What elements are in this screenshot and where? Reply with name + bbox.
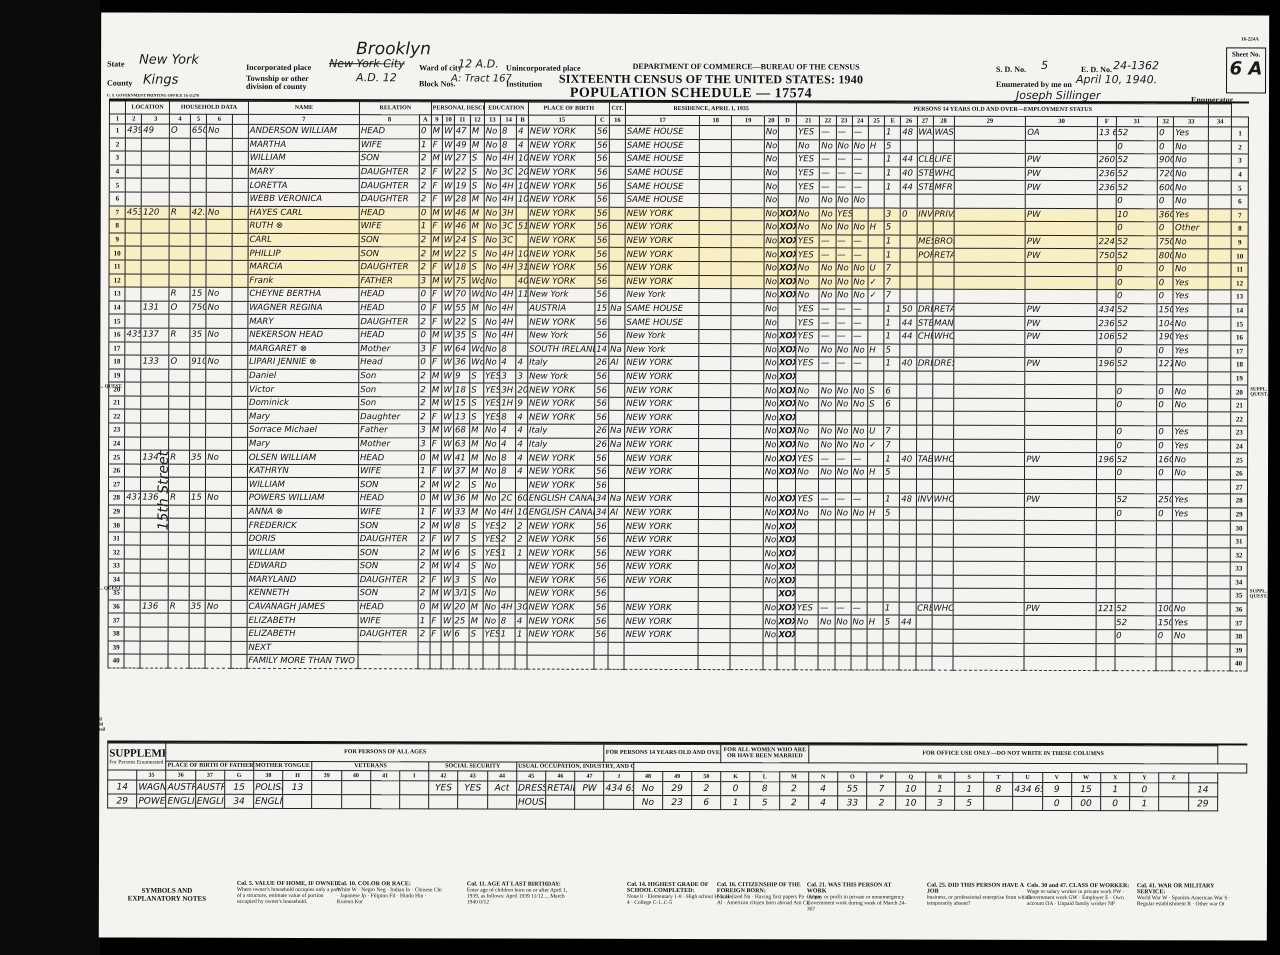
supp-over14: FOR PERSONS 14 YEARS OLD AND OVER (604, 744, 721, 762)
cell-sex: M (430, 546, 442, 560)
cell-empty (954, 140, 1026, 154)
cell-gr: 4H (499, 506, 515, 520)
cell-cc: 56 (595, 384, 609, 398)
supp-cell: 15 (224, 780, 253, 794)
cell-cw (1025, 412, 1097, 426)
cell-ln: 16 (109, 328, 125, 342)
cell-empty (698, 656, 730, 670)
supp-cell: 10 (896, 782, 925, 796)
column-number: 5 (190, 114, 206, 124)
cell-age: 33 (453, 506, 469, 520)
cell-cc: 56 (595, 139, 609, 153)
cell-empty (232, 192, 248, 206)
cell-cc: 56 (594, 574, 608, 588)
cell-cw (1025, 575, 1097, 589)
cell-empty (954, 153, 1026, 167)
column-number: 25 (868, 116, 884, 126)
supp-cell: 1 (1130, 797, 1159, 811)
cell-act: ✓ (868, 276, 884, 290)
cell-race: W (441, 587, 453, 601)
cell-empty (731, 615, 763, 629)
cell-act (867, 629, 883, 643)
note-block: Cols. 30 and 47. CLASS OF WORKER:Wage or… (1027, 883, 1132, 907)
cell-cit (608, 479, 624, 493)
cell-rel: SON (358, 546, 418, 560)
cell-p (819, 411, 835, 425)
cell-ms: S (470, 261, 484, 275)
cell-occ (916, 344, 932, 358)
cell-bc: 10 (516, 193, 528, 207)
cell-rel: Daughter (359, 410, 419, 424)
cell-res: SAME HOUSE (625, 193, 699, 207)
cell-e: 3 (884, 208, 900, 222)
note-block: SYMBOLS AND EXPLANATORY NOTES (117, 881, 217, 903)
cell-ln: 30 (1231, 521, 1248, 535)
cell-farm (206, 151, 231, 165)
cell-f (1097, 466, 1116, 480)
cell-empty (1207, 562, 1230, 576)
cell-cit (609, 248, 625, 262)
cell-val (189, 614, 205, 628)
supp-column-number: 47 (575, 771, 604, 781)
cell-age: 36 (454, 356, 470, 370)
supp-cell: YES (458, 781, 487, 795)
cell-rel: Son (359, 369, 419, 383)
cell-hn (125, 505, 141, 519)
cell-rel: HEAD (359, 329, 419, 343)
sd-value: 5 (1041, 59, 1048, 72)
cell-race: W (441, 601, 453, 615)
cell-wk: 0 (1116, 222, 1158, 236)
cell-empty (1209, 127, 1232, 141)
cell-rel: HEAD (358, 492, 418, 506)
cell-p: No (820, 207, 836, 221)
cell-val (189, 505, 205, 519)
cell-rel: HEAD (359, 206, 419, 220)
cell-occ (917, 262, 933, 276)
cell-val (189, 586, 205, 600)
cell-code: 2 (419, 247, 431, 261)
cell-bc (515, 655, 527, 669)
cell-cc: 56 (594, 615, 608, 629)
cell-own (169, 192, 190, 206)
supp-cell: ENGLISH CANADA (195, 794, 224, 808)
cell-bp: NEW YORK (528, 315, 595, 329)
cell-p: — (820, 167, 836, 181)
cell-e: 1 (885, 126, 901, 140)
cell-farm (206, 315, 231, 329)
cell-val (189, 641, 205, 655)
cell-race (441, 641, 453, 655)
cell-bc (516, 207, 528, 221)
cell-wk: 52 (1115, 494, 1157, 508)
cell-inc (1157, 412, 1173, 426)
cell-bc (515, 574, 527, 588)
cell-cc: 56 (595, 193, 609, 207)
supp-row: 29POWERS ANNAENGLISH CANADAENGLISH CANAD… (108, 794, 1247, 811)
cell-rel: DAUGHTER (359, 179, 419, 193)
cell-res: NEW YORK (624, 506, 698, 520)
cell-empty (953, 344, 1025, 358)
cell-oth: Yes (1173, 439, 1208, 453)
column-number: D (778, 116, 797, 126)
cell-cc: 56 (595, 288, 609, 302)
cell-ind (932, 588, 953, 602)
cell-res: NEW YORK (624, 560, 698, 574)
cell-gr: 4H (500, 247, 516, 261)
cell-empty (732, 207, 764, 221)
cell-ms: S (469, 628, 483, 642)
cell-race: W (442, 342, 454, 356)
cell-race: W (442, 492, 454, 506)
state-label: State (107, 59, 124, 68)
cell-f (1096, 643, 1115, 657)
supp-column-number: U (1013, 772, 1042, 782)
cell-hn (125, 369, 141, 383)
cell-h (851, 575, 867, 589)
cell-ln: 39 (108, 641, 124, 655)
cell-rel: DAUGHTER (359, 193, 419, 207)
cell-age: 68 (453, 424, 469, 438)
cell-rel: HEAD (359, 125, 419, 139)
cell-ln: 31 (1231, 535, 1248, 549)
cell-h: — (852, 330, 868, 344)
cell-occ (916, 480, 932, 494)
cell-f (1097, 222, 1116, 236)
cell-empty (953, 548, 1025, 562)
cell-sch: YES (484, 383, 500, 397)
cell-f (1096, 521, 1115, 535)
cell-xo: XOXO (777, 534, 796, 548)
supp-column-number: G (225, 770, 254, 780)
cell-cit (609, 275, 625, 289)
cell-farm35: No (763, 466, 777, 480)
cell-no (141, 314, 169, 328)
cell-hn (125, 423, 141, 437)
cell-s: No (835, 343, 851, 357)
cell-code: 2 (418, 573, 430, 587)
cell-f: 106 17 1 (1097, 330, 1116, 344)
cell-hrs (900, 221, 916, 235)
cell-sch: No (483, 465, 499, 479)
cell-empty (954, 289, 1026, 303)
cell-h (851, 479, 867, 493)
cell-empty (731, 479, 763, 493)
cell-inc: 1500 (1157, 303, 1173, 317)
cell-h: — (852, 235, 868, 249)
cell-ln: 20 (1231, 385, 1248, 399)
column-number: 24 (852, 116, 868, 126)
cell-code: 3 (419, 437, 431, 451)
cell-empty (731, 642, 763, 656)
ward-label: Ward of city (419, 63, 462, 72)
cell-occ: TABLET COMPRESSOR (916, 452, 932, 466)
cell-bc: 10 (516, 506, 528, 520)
cell-occ: CREDIT & COLLECTION (916, 602, 932, 616)
cell-farm (206, 219, 231, 233)
cell-occ (916, 520, 932, 534)
cell-race: W (442, 505, 454, 519)
cell-empty (699, 397, 731, 411)
cell-empty (1208, 467, 1231, 481)
cell-occ: STENOGRAPHER (916, 316, 932, 330)
cell-inc (1156, 657, 1172, 671)
cell-empty (732, 153, 764, 167)
cell-cit (609, 288, 625, 302)
cell-empty (232, 301, 248, 315)
cell-ln: 22 (1231, 412, 1248, 426)
cell-bc: 4 (516, 356, 528, 370)
cell-ln: 25 (1231, 453, 1248, 467)
cell-act (868, 194, 884, 208)
cell-sch: No (484, 342, 500, 356)
supp-cell: POLISH / GERMAN (254, 780, 283, 794)
cell-sex: M (431, 234, 443, 248)
cell-cc: 56 (594, 519, 608, 533)
cell-ln: 36 (1230, 603, 1247, 617)
cell-farm35: No (763, 438, 777, 452)
cell-sex: F (430, 533, 442, 547)
cell-w (796, 479, 819, 493)
cell-ln: 5 (109, 178, 125, 192)
printing-office: U. S. GOVERNMENT PRINTING OFFICE 16-1127… (107, 92, 199, 97)
cell-bp (527, 655, 594, 669)
cell-ind: RETAIL DRESSES (933, 303, 954, 317)
note-block: Col. 11. AGE AT LAST BIRTHDAY:Enter age … (467, 881, 572, 905)
cell-rel: SON (359, 152, 419, 166)
cell-occ (916, 384, 932, 398)
cell-farm35 (763, 588, 777, 602)
cell-xo (778, 126, 797, 140)
supp-women: FOR ALL WOMEN WHO ARE OR HAVE BEEN MARRI… (721, 745, 809, 763)
cell-res: NEW YORK (625, 397, 699, 411)
cell-e: 7 (884, 262, 900, 276)
cell-h: — (851, 452, 867, 466)
cell-cw (1025, 398, 1097, 412)
cell-act: ✓ (868, 289, 884, 303)
cell-rel: SON (358, 519, 418, 533)
cell-sex: F (431, 302, 443, 316)
cell-no (141, 382, 169, 396)
cell-bp: NEW YORK (528, 207, 595, 221)
cell-code: 0 (419, 288, 431, 302)
cell-inc (1157, 521, 1173, 535)
cell-code: 3 (419, 274, 431, 288)
cell-ms: M (470, 424, 484, 438)
cell-s: No (835, 615, 851, 629)
note-title: Col. 41. WAR OR MILITARY SERVICE: (1137, 883, 1242, 895)
cell-p: No (819, 439, 835, 453)
cell-occ: CLERK (917, 153, 933, 167)
cell-empty (231, 641, 247, 655)
cell-bp: NEW YORK (527, 587, 594, 601)
cell-oth: No (1173, 358, 1208, 372)
cell-wk (1115, 534, 1157, 548)
cell-ln: 22 (109, 409, 125, 423)
scan-margin (0, 0, 100, 955)
cell-ind (932, 466, 953, 480)
cell-farm (206, 233, 231, 247)
cell-farm35: No (764, 234, 778, 248)
supp-column-number: R (925, 772, 954, 782)
supp-mother-tongue: MOTHER TONGUE (OR NATIVE LANGUAGE) (254, 761, 312, 771)
supp-cell: 8 (984, 782, 1013, 796)
column-number: 18 (700, 116, 732, 126)
cell-no (141, 532, 169, 546)
cell-farm35: No (764, 153, 778, 167)
cell-ms: S (470, 397, 484, 411)
cell-empty (1208, 535, 1231, 549)
cell-oth: Yes (1173, 494, 1208, 508)
cell-val (190, 219, 206, 233)
cell-sch: No (484, 220, 500, 234)
cell-ln: 14 (109, 301, 125, 315)
cell-empty (1208, 412, 1231, 426)
cell-empty (954, 126, 1026, 140)
cell-age: 3/12 (453, 587, 469, 601)
cell-code: 0 (419, 302, 431, 316)
cell-own: R (169, 287, 190, 301)
cell-e: 1 (884, 493, 900, 507)
cell-bp: NEW YORK (528, 247, 595, 261)
cell-oth (1173, 371, 1208, 385)
cell-race: W (443, 152, 455, 166)
cell-no: 136 (141, 600, 169, 614)
cell-bp: NEW YORK (528, 261, 595, 275)
note-title: Col. 21. WAS THIS PERSON AT WORK (807, 882, 912, 894)
cell-race (441, 655, 453, 669)
cell-race: W (442, 438, 454, 452)
cell-sex: F (431, 193, 443, 207)
cell-code: 2 (419, 179, 431, 193)
cell-empty (232, 219, 248, 233)
cell-empty (699, 261, 731, 275)
cell-sch: No (484, 302, 500, 316)
cell-name: DORIS (247, 532, 358, 546)
cell-empty (954, 276, 1026, 290)
cell-sex (430, 641, 442, 655)
cell-occ (916, 398, 932, 412)
cell-race: W (442, 206, 454, 220)
cell-sch: No (484, 424, 500, 438)
cell-e (884, 520, 900, 534)
cell-wk: 0 (1116, 290, 1158, 304)
supp-column-number: Y (1130, 773, 1159, 783)
cell-cc: 14 (595, 343, 609, 357)
cell-rel: DAUGHTER (358, 628, 418, 642)
cell-race: W (443, 125, 455, 139)
cell-val (190, 342, 206, 356)
cell-gr: 8 (500, 451, 516, 465)
cell-farm35: No (763, 493, 777, 507)
cell-own (169, 314, 190, 328)
cell-hrs (901, 194, 917, 208)
cell-occ (916, 289, 932, 303)
cell-s: — (836, 235, 852, 249)
cell-empty (698, 629, 730, 643)
cell-bp: New York (528, 329, 595, 343)
cell-inc: 0 (1157, 263, 1173, 277)
cell-gr: 8 (500, 410, 516, 424)
cell-inc (1157, 480, 1173, 494)
cell-bc: 11 (516, 288, 528, 302)
cell-hrs: 0 (901, 208, 917, 222)
cell-cit: Al (609, 356, 625, 370)
cell-f (1096, 630, 1115, 644)
cell-age: 28 (454, 193, 470, 207)
cell-ln: 13 (109, 287, 125, 301)
cell-s (835, 656, 851, 670)
cell-ln: 31 (108, 532, 124, 546)
cell-w: No (796, 207, 819, 221)
cell-no (141, 545, 169, 559)
cell-w: YES (797, 126, 820, 140)
cell-res: SAME HOUSE (625, 139, 699, 153)
cell-ind: WHOLESALE SOAP CO (933, 330, 954, 344)
cell-w: No (796, 398, 819, 412)
cell-own (168, 546, 189, 560)
cell-own: R (169, 491, 190, 505)
cell-cc: 56 (594, 601, 608, 615)
cell-code: 2 (419, 315, 431, 329)
cell-empty (699, 180, 731, 194)
cell-cit (609, 234, 625, 248)
cell-hrs: 40 (900, 357, 916, 371)
cell-age (453, 641, 469, 655)
cell-race: W (442, 519, 454, 533)
supp-cell (400, 781, 429, 795)
cell-xo (777, 642, 796, 656)
cell-cc: 56 (595, 152, 609, 166)
supp-cell: DRESS MAKER (517, 781, 546, 795)
cell-res: NEW YORK (624, 547, 698, 561)
cell-sch: No (484, 234, 500, 248)
cell-ind (932, 371, 953, 385)
mail-check-box[interactable] (89, 738, 97, 746)
cell-f: 236 17 1 (1097, 317, 1116, 331)
cell-age: 15 (454, 397, 470, 411)
cell-s: No (835, 466, 851, 480)
cell-cw (1026, 140, 1098, 154)
supp-cell: 2 (779, 782, 808, 796)
cell-xo: XOXO (777, 588, 796, 602)
cell-hrs (900, 371, 916, 385)
cell-oth: Yes (1173, 507, 1208, 521)
cell-p (818, 642, 834, 656)
cell-ln: 21 (1231, 399, 1248, 413)
cell-res: NEW YORK (625, 261, 699, 275)
cell-empty (1208, 399, 1231, 413)
cell-w (795, 588, 818, 602)
cell-s: No (835, 507, 851, 521)
supp-cell: 2 (867, 796, 896, 810)
cell-empty (732, 221, 764, 235)
cell-age: 46 (454, 220, 470, 234)
cell-cc: 56 (595, 411, 609, 425)
cell-wk: 0 (1115, 507, 1157, 521)
cell-e: 7 (884, 425, 900, 439)
cell-val (189, 532, 205, 546)
cell-hn (125, 260, 141, 274)
cell-bp: NEW YORK (528, 152, 595, 166)
cell-xo: XOXO (778, 207, 797, 221)
supp-column-number: P (867, 772, 896, 782)
state-value: New York (139, 53, 199, 68)
cell-empty (231, 423, 247, 437)
cell-occ (916, 507, 932, 521)
cell-e (884, 411, 900, 425)
cell-code: 2 (419, 193, 431, 207)
